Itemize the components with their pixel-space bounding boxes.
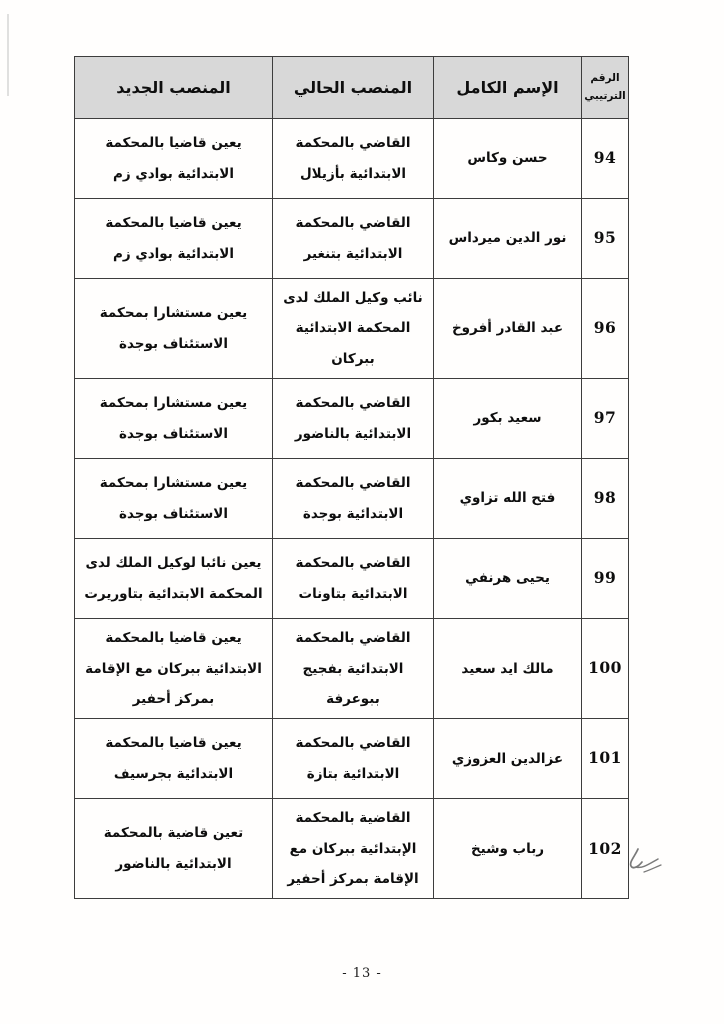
cell-new-position: يعين قاضيا بالمحكمة الابتدائية بوادي زم — [75, 119, 273, 199]
page-number: - 13 - — [0, 966, 724, 981]
cell-current-position: القاضي بالمحكمة الابتدائية بتنغير — [273, 199, 434, 279]
cell-sequence-number: 95 — [582, 199, 629, 279]
cell-sequence-number: 96 — [582, 279, 629, 379]
cell-current-position: القاضي بالمحكمة الابتدائية بتازة — [273, 719, 434, 799]
cell-sequence-number: 99 — [582, 539, 629, 619]
appointments-table: الرقم الترتيبي الإسم الكامل المنصب الحال… — [74, 56, 629, 899]
cell-sequence-number: 100 — [582, 619, 629, 719]
header-row: الرقم الترتيبي الإسم الكامل المنصب الحال… — [75, 57, 629, 119]
cell-sequence-number: 98 — [582, 459, 629, 539]
table-row: 100 مالك ايد سعيد القاضي بالمحكمة الابتد… — [75, 619, 629, 719]
cell-full-name: رباب وشيخ — [434, 799, 582, 899]
cell-new-position: يعين قاضيا بالمحكمة الابتدائية ببركان مع… — [75, 619, 273, 719]
table-row: 99 يحيى هرنفي القاضي بالمحكمة الابتدائية… — [75, 539, 629, 619]
cell-sequence-number: 94 — [582, 119, 629, 199]
cell-full-name: نور الدين ميرداس — [434, 199, 582, 279]
table-row: 96 عبد القادر أفروخ نائب وكيل الملك لدى … — [75, 279, 629, 379]
table-row: 97 سعيد بكور القاضي بالمحكمة الابتدائية … — [75, 379, 629, 459]
cell-new-position: يعين قاضيا بالمحكمة الابتدائية بوادي زم — [75, 199, 273, 279]
table-body: 94 حسن وكاس القاضي بالمحكمة الابتدائية ب… — [75, 119, 629, 899]
cell-full-name: عبد القادر أفروخ — [434, 279, 582, 379]
table-row: 98 فتح الله تزاوي القاضي بالمحكمة الابتد… — [75, 459, 629, 539]
header-full-name: الإسم الكامل — [434, 57, 582, 119]
cell-current-position: القاضي بالمحكمة الابتدائية بأزيلال — [273, 119, 434, 199]
cell-current-position: القاضي بالمحكمة الابتدائية بفجيج ببوعرفة — [273, 619, 434, 719]
cell-new-position: يعين مستشارا بمحكمة الاستئناف بوجدة — [75, 459, 273, 539]
cell-full-name: حسن وكاس — [434, 119, 582, 199]
handwritten-signature-mark — [622, 845, 674, 887]
header-new-position: المنصب الجديد — [75, 57, 273, 119]
table-row: 94 حسن وكاس القاضي بالمحكمة الابتدائية ب… — [75, 119, 629, 199]
cell-current-position: القاضي بالمحكمة الابتدائية بالناضور — [273, 379, 434, 459]
scan-edge-artifact — [7, 14, 9, 96]
cell-new-position: يعين مستشارا بمحكمة الاستئناف بوجدة — [75, 379, 273, 459]
table-header: الرقم الترتيبي الإسم الكامل المنصب الحال… — [75, 57, 629, 119]
table-row: 102 رباب وشيخ القاضية بالمحكمة الإبتدائي… — [75, 799, 629, 899]
document-page: الرقم الترتيبي الإسم الكامل المنصب الحال… — [0, 0, 724, 1024]
cell-sequence-number: 101 — [582, 719, 629, 799]
cell-full-name: عزالدين العزوزي — [434, 719, 582, 799]
cell-current-position: نائب وكيل الملك لدى المحكمة الابتدائية ب… — [273, 279, 434, 379]
cell-new-position: تعين قاضية بالمحكمة الابتدائية بالناضور — [75, 799, 273, 899]
cell-full-name: فتح الله تزاوي — [434, 459, 582, 539]
cell-new-position: يعين نائبا لوكيل الملك لدى المحكمة الابت… — [75, 539, 273, 619]
table-row: 95 نور الدين ميرداس القاضي بالمحكمة الاب… — [75, 199, 629, 279]
header-sequence-number: الرقم الترتيبي — [582, 57, 629, 119]
cell-full-name: مالك ايد سعيد — [434, 619, 582, 719]
cell-new-position: يعين قاضيا بالمحكمة الابتدائية بجرسيف — [75, 719, 273, 799]
cell-current-position: القاضية بالمحكمة الإبتدائية ببركان مع ال… — [273, 799, 434, 899]
table-row: 101 عزالدين العزوزي القاضي بالمحكمة الاب… — [75, 719, 629, 799]
cell-sequence-number: 97 — [582, 379, 629, 459]
cell-current-position: القاضي بالمحكمة الابتدائية بوجدة — [273, 459, 434, 539]
header-current-position: المنصب الحالي — [273, 57, 434, 119]
cell-full-name: يحيى هرنفي — [434, 539, 582, 619]
cell-full-name: سعيد بكور — [434, 379, 582, 459]
cell-current-position: القاضي بالمحكمة الابتدائية بتاونات — [273, 539, 434, 619]
cell-new-position: يعين مستشارا بمحكمة الاستئناف بوجدة — [75, 279, 273, 379]
